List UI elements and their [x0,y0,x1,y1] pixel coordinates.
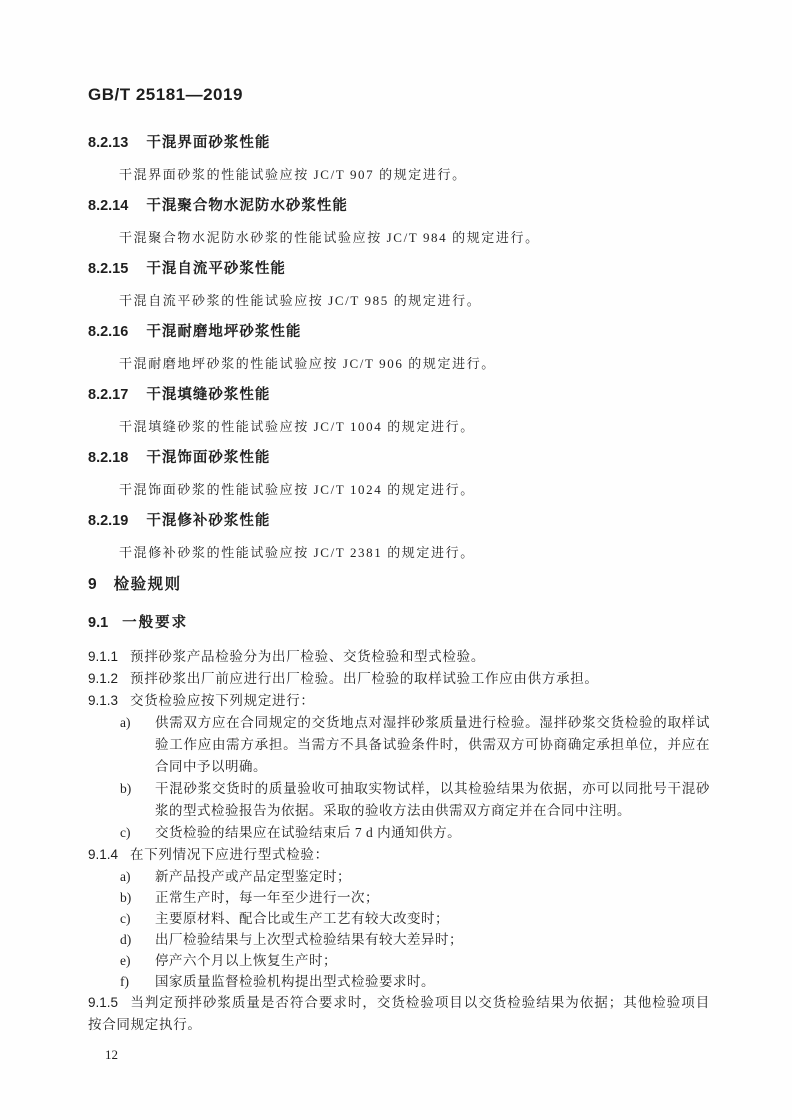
section-heading: 8.2.19 干混修补砂浆性能 [88,511,710,531]
item-text: 干混砂浆交货时的质量验收可抽取实物试样，以其检验结果为依据，亦可以同批号干混砂浆… [155,778,710,822]
section-body: 干混自流平砂浆的性能试验应按 JC/T 985 的规定进行。 [88,291,710,311]
list-item-9-1-4-d: d) 出厂检验结果与上次型式检验结果有较大差异时； [88,929,710,950]
section-body: 干混修补砂浆的性能试验应按 JC/T 2381 的规定进行。 [88,543,710,563]
list-item-9-1-4-a: a) 新产品投产或产品定型鉴定时； [88,866,710,887]
section-body: 干混聚合物水泥防水砂浆的性能试验应按 JC/T 984 的规定进行。 [88,228,710,248]
section-number: 8.2.18 [88,448,128,468]
section-8-2-19: 8.2.19 干混修补砂浆性能 干混修补砂浆的性能试验应按 JC/T 2381 … [88,511,710,563]
clause-9-1-1: 9.1.1 预拌砂浆产品检验分为出厂检验、交货检验和型式检验。 [88,646,710,668]
section-number: 8.2.19 [88,511,128,531]
clause-9-1-4-items: a) 新产品投产或产品定型鉴定时； b) 正常生产时，每一年至少进行一次； c)… [88,866,710,992]
section-number: 8.2.15 [88,259,128,279]
item-text: 供需双方应在合同规定的交货地点对湿拌砂浆质量进行检验。湿拌砂浆交货检验的取样试验… [155,712,710,778]
clause-9-1-2: 9.1.2 预拌砂浆出厂前应进行出厂检验。出厂检验的取样试验工作应由供方承担。 [88,668,710,690]
list-item-9-1-4-c: c) 主要原材料、配合比或生产工艺有较大改变时； [88,908,710,929]
section-8-2-14: 8.2.14 干混聚合物水泥防水砂浆性能 干混聚合物水泥防水砂浆的性能试验应按 … [88,196,710,248]
item-label: c) [120,822,143,844]
section-8-2-18: 8.2.18 干混饰面砂浆性能 干混饰面砂浆的性能试验应按 JC/T 1024 … [88,448,710,500]
section-title: 干混填缝砂浆性能 [146,385,270,405]
section-title: 干混聚合物水泥防水砂浆性能 [146,196,348,216]
section-number: 9.1 [88,613,108,633]
section-body: 干混界面砂浆的性能试验应按 JC/T 907 的规定进行。 [88,165,710,185]
item-label: f) [120,971,143,992]
section-title: 干混饰面砂浆性能 [146,448,270,468]
clause-number: 9.1.2 [88,668,118,690]
clause-number: 9.1.3 [88,690,118,712]
section-title: 一般要求 [122,613,188,633]
section-heading: 8.2.13 干混界面砂浆性能 [88,133,710,153]
clause-text: 交货检验应按下列规定进行： [130,690,315,712]
chapter-title: 检验规则 [114,574,182,596]
clause-9-1-5: 9.1.5当判定预拌砂浆质量是否符合要求时，交货检验项目以交货检验结果为依据；其… [88,992,710,1036]
item-text: 主要原材料、配合比或生产工艺有较大改变时； [155,908,710,929]
section-heading: 8.2.15 干混自流平砂浆性能 [88,259,710,279]
clause-9-1-4: 9.1.4 在下列情况下应进行型式检验： [88,844,710,866]
item-text: 国家质量监督检验机构提出型式检验要求时。 [155,971,710,992]
list-item-9-1-3-c: c) 交货检验的结果应在试验结束后 7 d 内通知供方。 [88,822,710,844]
clause-9-1-3: 9.1.3 交货检验应按下列规定进行： [88,690,710,712]
section-8-2-13: 8.2.13 干混界面砂浆性能 干混界面砂浆的性能试验应按 JC/T 907 的… [88,133,710,185]
list-item-9-1-3-a: a) 供需双方应在合同规定的交货地点对湿拌砂浆质量进行检验。湿拌砂浆交货检验的取… [88,712,710,778]
section-8-2-17: 8.2.17 干混填缝砂浆性能 干混填缝砂浆的性能试验应按 JC/T 1004 … [88,385,710,437]
item-label: b) [120,778,143,822]
clause-number: 9.1.5 [88,995,118,1010]
section-heading: 8.2.16 干混耐磨地坪砂浆性能 [88,322,710,342]
section-heading: 8.2.17 干混填缝砂浆性能 [88,385,710,405]
clause-text: 预拌砂浆出厂前应进行出厂检验。出厂检验的取样试验工作应由供方承担。 [130,668,599,690]
item-label: b) [120,887,143,908]
section-body: 干混填缝砂浆的性能试验应按 JC/T 1004 的规定进行。 [88,417,710,437]
section-body: 干混饰面砂浆的性能试验应按 JC/T 1024 的规定进行。 [88,480,710,500]
item-text: 交货检验的结果应在试验结束后 7 d 内通知供方。 [155,822,710,844]
section-heading: 8.2.14 干混聚合物水泥防水砂浆性能 [88,196,710,216]
section-body: 干混耐磨地坪砂浆的性能试验应按 JC/T 906 的规定进行。 [88,354,710,374]
section-8-2-15: 8.2.15 干混自流平砂浆性能 干混自流平砂浆的性能试验应按 JC/T 985… [88,259,710,311]
item-label: d) [120,929,143,950]
item-text: 新产品投产或产品定型鉴定时； [155,866,710,887]
clause-number: 9.1.1 [88,646,118,668]
list-item-9-1-4-e: e) 停产六个月以上恢复生产时； [88,950,710,971]
page-number: 12 [88,1046,710,1064]
list-item-9-1-4-b: b) 正常生产时，每一年至少进行一次； [88,887,710,908]
chapter-number: 9 [88,574,97,596]
clause-text: 当判定预拌砂浆质量是否符合要求时，交货检验项目以交货检验结果为依据；其他检验项目… [88,995,710,1032]
doc-code-header: GB/T 25181—2019 [88,84,710,106]
item-text: 出厂检验结果与上次型式检验结果有较大差异时； [155,929,710,950]
clause-number: 9.1.4 [88,844,118,866]
item-text: 停产六个月以上恢复生产时； [155,950,710,971]
clause-text: 预拌砂浆产品检验分为出厂检验、交货检验和型式检验。 [130,646,485,668]
section-9-1-heading: 9.1 一般要求 [88,613,710,633]
item-label: e) [120,950,143,971]
item-label: a) [120,866,143,887]
list-item-9-1-3-b: b) 干混砂浆交货时的质量验收可抽取实物试样，以其检验结果为依据，亦可以同批号干… [88,778,710,822]
section-number: 8.2.16 [88,322,128,342]
list-item-9-1-4-f: f) 国家质量监督检验机构提出型式检验要求时。 [88,971,710,992]
clause-text: 在下列情况下应进行型式检验： [130,844,329,866]
item-label: c) [120,908,143,929]
item-label: a) [120,712,143,778]
chapter-9-heading: 9 检验规则 [88,574,710,596]
section-heading: 8.2.18 干混饰面砂浆性能 [88,448,710,468]
section-title: 干混耐磨地坪砂浆性能 [146,322,301,342]
section-number: 8.2.13 [88,133,128,153]
section-number: 8.2.14 [88,196,128,216]
section-number: 8.2.17 [88,385,128,405]
section-8-2-16: 8.2.16 干混耐磨地坪砂浆性能 干混耐磨地坪砂浆的性能试验应按 JC/T 9… [88,322,710,374]
section-title: 干混修补砂浆性能 [146,511,270,531]
section-title: 干混界面砂浆性能 [146,133,270,153]
item-text: 正常生产时，每一年至少进行一次； [155,887,710,908]
section-title: 干混自流平砂浆性能 [146,259,286,279]
document-page: GB/T 25181—2019 8.2.13 干混界面砂浆性能 干混界面砂浆的性… [0,0,792,1120]
